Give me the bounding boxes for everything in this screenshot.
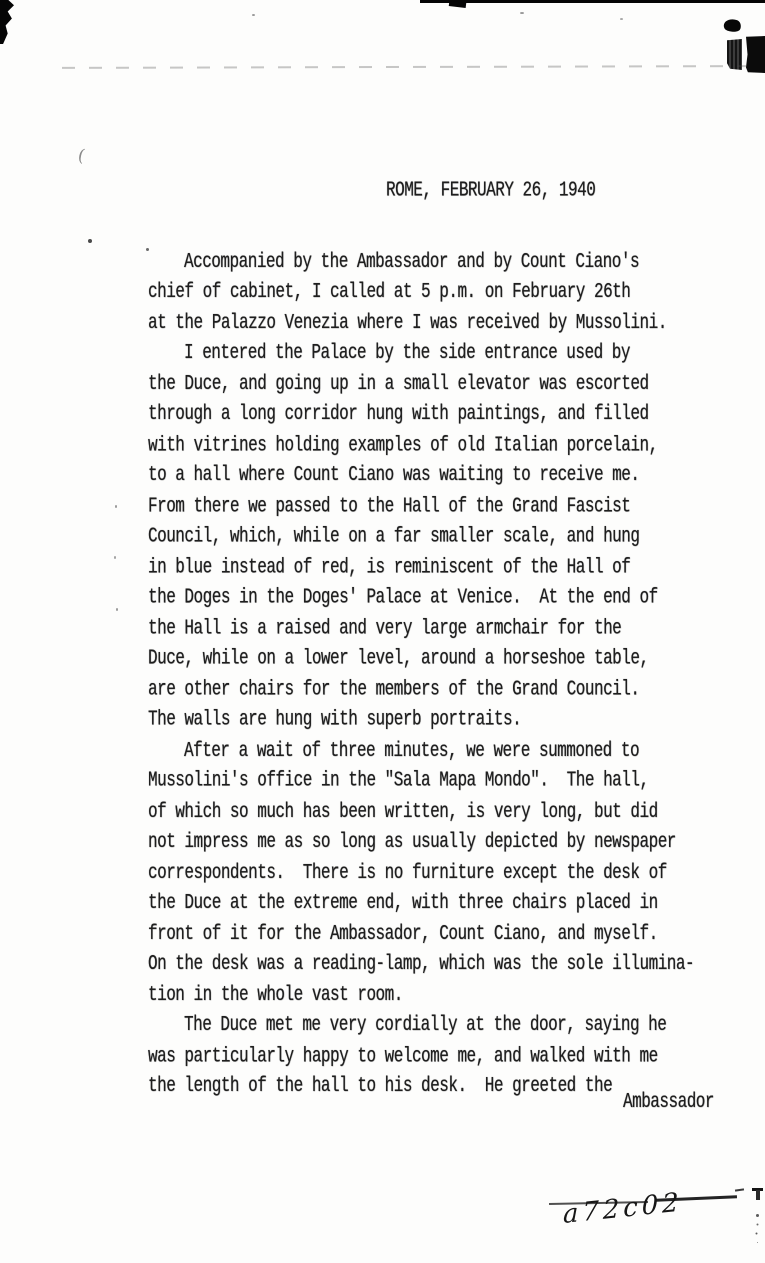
- dateline: ROME, FEBRUARY 26, 1940: [386, 176, 714, 207]
- scan-artifact-top-edge-notch: [449, 1, 466, 8]
- scan-speck-column: [756, 1214, 759, 1217]
- handwritten-archive-code: a72c02: [563, 1187, 683, 1230]
- scan-artifact-top-edge-line: [420, 0, 765, 3]
- scan-speck: [620, 18, 623, 20]
- scan-artifact-ink-blob: [722, 17, 742, 35]
- scan-fold-line: [62, 65, 746, 69]
- paragraph: I entered the Palace by the side entranc…: [148, 339, 714, 736]
- scan-speck: [116, 608, 118, 611]
- scan-artifact-edge-mark: [756, 1190, 760, 1200]
- scan-artifact-top-left-blob: [0, 0, 14, 44]
- scan-speck: [252, 14, 255, 16]
- paragraph: After a wait of three minutes, we were s…: [148, 736, 714, 1011]
- scan-speck: [115, 505, 117, 508]
- scanned-document-page: ( ROME, FEBRUARY 26, 1940 Accompanied by…: [0, 0, 765, 1263]
- scan-speck: [520, 12, 524, 14]
- typed-text-block: ROME, FEBRUARY 26, 1940 Accompanied by t…: [148, 176, 714, 1117]
- scan-speck: [114, 556, 116, 559]
- scan-artifact-right-edge-patch: [746, 36, 765, 73]
- scan-speck: [88, 239, 92, 243]
- scan-artifact-dash: [735, 1188, 744, 1191]
- paragraph: Accompanied by the Ambassador and by Cou…: [148, 247, 714, 339]
- stray-pen-mark: (: [76, 146, 87, 167]
